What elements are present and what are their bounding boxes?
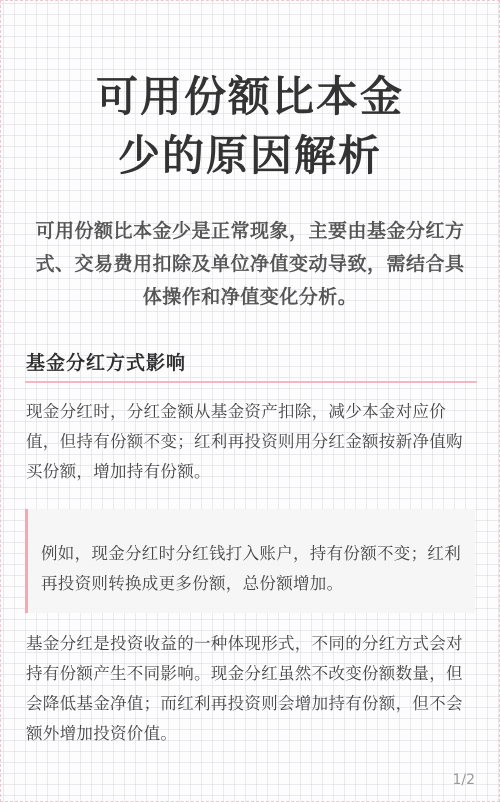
body-paragraph-1: 现金分红时，分红金额从基金资产扣除，减少本金对应价值，但持有份额不变；红利再投资…: [26, 397, 476, 487]
page-indicator: 1/2: [452, 772, 475, 788]
title-line-1: 可用份额比本金: [1, 67, 499, 126]
page-title: 可用份额比本金 少的原因解析: [1, 67, 499, 185]
blockquote-text: 例如，现金分红时分红钱打入账户，持有份额不变；红利再投资则转换成更多份额，总份额…: [41, 544, 461, 593]
document-page: 可用份额比本金 少的原因解析 可用份额比本金少是正常现象，主要由基金分红方式、交…: [0, 0, 500, 802]
example-blockquote: 例如，现金分红时分红钱打入账户，持有份额不变；红利再投资则转换成更多份额，总份额…: [25, 509, 475, 613]
summary-subtitle: 可用份额比本金少是正常现象，主要由基金分红方式、交易费用扣除及单位净值变动导致，…: [29, 215, 471, 314]
section-divider: [25, 381, 477, 383]
title-line-2: 少的原因解析: [1, 126, 499, 185]
section-heading: 基金分红方式影响: [26, 348, 186, 375]
body-paragraph-2: 基金分红是投资收益的一种体现形式，不同的分红方式会对持有份额产生不同影响。现金分…: [26, 629, 476, 749]
